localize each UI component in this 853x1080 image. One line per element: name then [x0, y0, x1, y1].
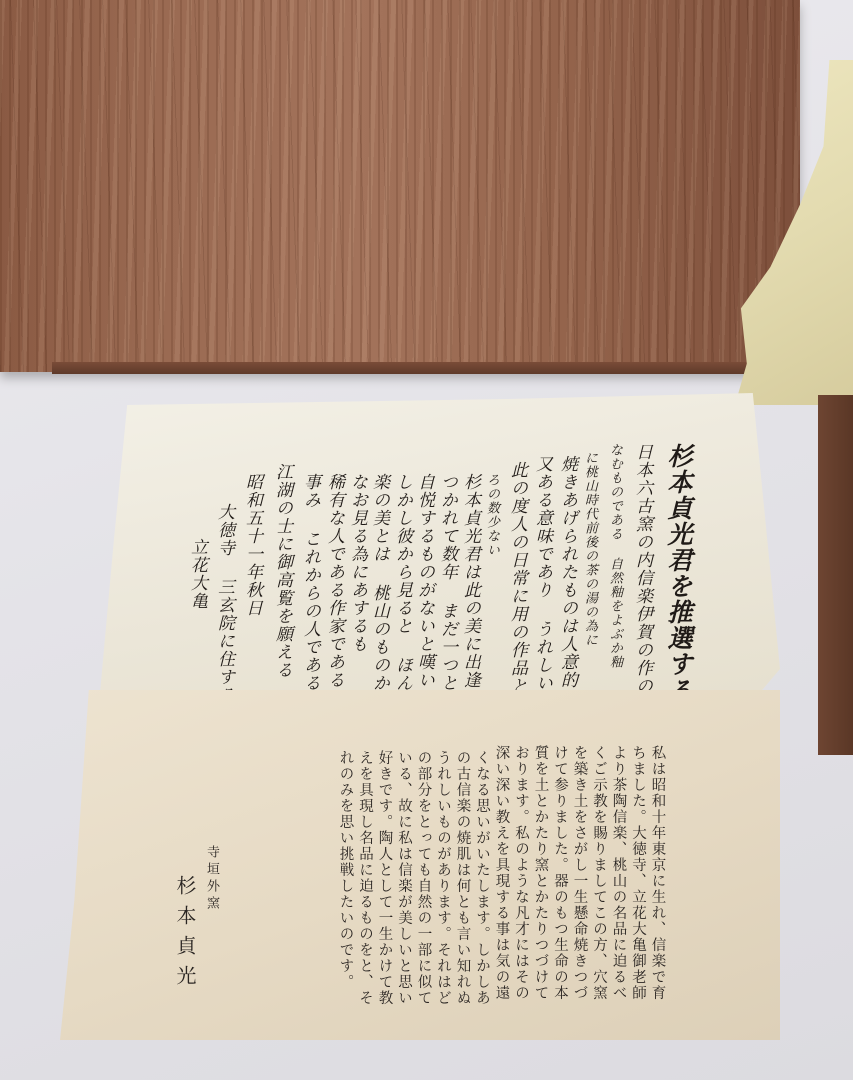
wooden-box-lid-edge [52, 362, 792, 374]
printed-column: 質を土とかたり窯とかたりつづけて [533, 745, 548, 1001]
printed-column: より茶陶信楽、桃山の名品に迫るべ [611, 745, 626, 1001]
handwritten-column: 杉本貞光君は此の美に出逢り [458, 473, 483, 707]
handwritten-column: 立花大亀 [185, 538, 210, 610]
wooden-box-lid [0, 0, 800, 372]
printed-column: けて参りました。器のもつ生命の本 [553, 745, 568, 1001]
printed-column: くご示教を賜りましてこの方、穴窯 [592, 745, 607, 1001]
handwritten-column: に桃山時代前後の茶の湯の為に [580, 451, 599, 647]
handwritten-column: 杉本貞光君を推選する [660, 443, 696, 703]
printed-column: くなる思いがいたします。しかしあ [475, 750, 490, 1006]
printed-column: の部分をとっても自然の一部に似て [416, 750, 431, 1006]
printed-column: 好きです。陶人として一生かけて教 [377, 750, 392, 1006]
handwritten-column: 大徳寺 三玄院に住する [212, 503, 237, 704]
author-name: 杉本貞光 [175, 875, 195, 995]
handwritten-column: 楽の美とは 桃山のものかと [367, 473, 392, 710]
printed-column: 私は昭和十年東京に生れ、信楽で育 [650, 745, 665, 1001]
handwritten-column: 日本六古窯の内信楽伊賀の作の [630, 443, 655, 695]
handwritten-column: ろの数少ない [482, 473, 501, 557]
handwritten-letter: 杉本貞光君を推選する日本六古窯の内信楽伊賀の作のなむものである 自然釉をよぶか釉… [100, 393, 780, 693]
printed-column: おります。私のような凡才にはその [514, 745, 529, 1001]
printed-column: れのみを思い挑戦したいのです。 [338, 750, 353, 990]
handwritten-column: なお見る為にあするも [345, 473, 370, 653]
handwritten-column: 江湖の士に御高覧を願える [270, 463, 295, 679]
printed-column: うれしいものがあります。それはど [436, 750, 451, 1006]
printed-column: いる、故に私は信楽が美しいと思い [397, 750, 412, 1006]
printed-column: 深い深い教えを具現する事は気の遠 [494, 745, 509, 1001]
handwritten-column: 昭和五十一年秋日 [240, 473, 265, 617]
printed-column: えを具現し名品に迫るものをと、そ [358, 750, 373, 1006]
wooden-box-side [818, 395, 853, 755]
handwritten-column: 稀有な人である作家である [322, 473, 347, 689]
handwritten-column: なむものである 自然釉をよぶか釉 [605, 443, 624, 669]
kiln-name: 寺垣外窯 [205, 845, 218, 913]
printed-column: を築き土をさがし一生懸命焼きつづ [572, 745, 587, 1001]
printed-column: ちました。大徳寺、立花大亀御老師 [631, 745, 646, 1001]
handwritten-column: つかれて数年 まだ一つとして [435, 473, 460, 728]
printed-statement: 私は昭和十年東京に生れ、信楽で育ちました。大徳寺、立花大亀御老師より茶陶信楽、桃… [60, 690, 780, 1040]
printed-column: の古信楽の焼肌は何とも言い知れぬ [455, 750, 470, 1006]
handwritten-column: 事み これからの人である [298, 473, 323, 692]
